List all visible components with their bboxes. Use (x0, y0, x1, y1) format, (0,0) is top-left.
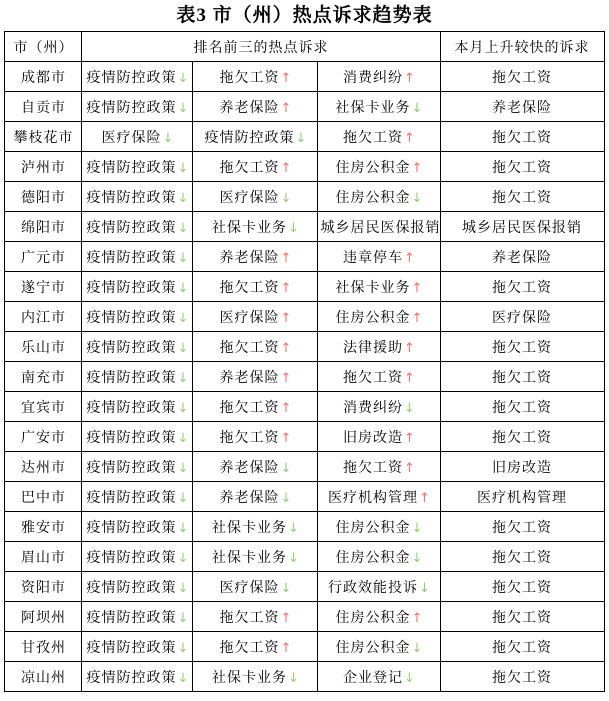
trend-up-icon: ↑ (404, 341, 415, 356)
demand-cell: 拖欠工资↑ (318, 452, 440, 482)
demand-cell: 拖欠工资↑ (318, 362, 440, 392)
demand-cell: 拖欠工资↑ (193, 332, 318, 362)
city-cell: 甘孜州 (5, 632, 82, 662)
trend-down-icon: ↓ (178, 71, 189, 86)
demand-label: 疫情防控政策 (87, 101, 177, 116)
demand-label: 疫情防控政策 (87, 431, 177, 446)
table-row: 南充市疫情防控政策↓养老保险↑拖欠工资↑拖欠工资 (5, 362, 604, 392)
demand-cell: 疫情防控政策↓ (82, 92, 193, 122)
rising-demand-cell: 拖欠工资 (440, 392, 604, 422)
demand-cell: 疫情防控政策↓ (82, 152, 193, 182)
demand-cell: 社保卡业务↓ (318, 92, 440, 122)
trend-down-icon: ↓ (178, 101, 189, 116)
trend-down-icon: ↓ (178, 431, 189, 446)
city-cell: 广安市 (5, 422, 82, 452)
demand-cell: 社保卡业务↓ (193, 542, 318, 572)
trend-up-icon: ↑ (281, 611, 292, 626)
trend-down-icon: ↓ (178, 191, 189, 206)
city-cell: 资阳市 (5, 572, 82, 602)
demand-label: 疫情防控政策 (87, 281, 177, 296)
demand-cell: 医疗保险↓ (193, 182, 318, 212)
demand-label: 拖欠工资 (220, 611, 280, 626)
demand-label: 疫情防控政策 (87, 581, 177, 596)
trend-up-icon: ↑ (281, 161, 292, 176)
demand-cell: 养老保险↑ (193, 362, 318, 392)
trend-up-icon: ↑ (281, 371, 292, 386)
city-cell: 成都市 (5, 62, 82, 92)
table-row: 攀枝花市医疗保险↓疫情防控政策↓拖欠工资↑拖欠工资 (5, 122, 604, 152)
demand-label: 社保卡业务 (212, 221, 287, 236)
demand-cell: 疫情防控政策↓ (82, 332, 193, 362)
demand-cell: 医疗机构管理↑ (318, 482, 440, 512)
table-row: 阿坝州疫情防控政策↓拖欠工资↑住房公积金↑拖欠工资 (5, 602, 604, 632)
trend-up-icon: ↑ (281, 641, 292, 656)
demand-label: 疫情防控政策 (87, 71, 177, 86)
table-row: 广元市疫情防控政策↓养老保险↑违章停车↑养老保险 (5, 242, 604, 272)
demand-label: 疫情防控政策 (87, 311, 177, 326)
demand-label: 城乡居民医保报销 (320, 221, 440, 236)
rising-demand-cell: 拖欠工资 (440, 512, 604, 542)
rising-demand-cell: 旧房改造 (440, 452, 604, 482)
demand-label: 企业登记 (343, 671, 403, 686)
trend-down-icon: ↓ (178, 161, 189, 176)
trend-up-icon: ↑ (404, 431, 415, 446)
demand-cell: 疫情防控政策↓ (82, 212, 193, 242)
demand-cell: 住房公积金↑ (318, 602, 440, 632)
trend-up-icon: ↑ (281, 311, 292, 326)
demand-cell: 旧房改造↑ (318, 422, 440, 452)
trend-down-icon: ↓ (178, 221, 189, 236)
demand-cell: 拖欠工资↑ (193, 272, 318, 302)
demand-label: 疫情防控政策 (205, 131, 295, 146)
demand-label: 疫情防控政策 (87, 521, 177, 536)
demand-label: 疫情防控政策 (87, 491, 177, 506)
trend-down-icon: ↓ (412, 101, 423, 116)
table-row: 遂宁市疫情防控政策↓拖欠工资↑社保卡业务↑拖欠工资 (5, 272, 604, 302)
city-cell: 宜宾市 (5, 392, 82, 422)
city-cell: 攀枝花市 (5, 122, 82, 152)
trend-up-icon: ↑ (412, 161, 423, 176)
city-cell: 乐山市 (5, 332, 82, 362)
demand-label: 养老保险 (220, 491, 280, 506)
trend-down-icon: ↓ (412, 641, 423, 656)
city-cell: 自贡市 (5, 92, 82, 122)
trend-down-icon: ↓ (178, 311, 189, 326)
demand-label: 拖欠工资 (220, 281, 280, 296)
trend-up-icon: ↑ (404, 461, 415, 476)
rising-demand-cell: 拖欠工资 (440, 182, 604, 212)
trend-down-icon: ↓ (178, 641, 189, 656)
trend-up-icon: ↑ (404, 131, 415, 146)
demand-cell: 拖欠工资↑ (193, 632, 318, 662)
demand-cell: 疫情防控政策↓ (82, 422, 193, 452)
demand-label: 养老保险 (220, 461, 280, 476)
demand-label: 社保卡业务 (212, 551, 287, 566)
demand-label: 医疗保险 (102, 131, 162, 146)
demand-cell: 消费纠纷↑ (318, 62, 440, 92)
trend-down-icon: ↓ (404, 671, 415, 686)
rising-demand-cell: 拖欠工资 (440, 602, 604, 632)
table-row: 宜宾市疫情防控政策↓拖欠工资↑消费纠纷↓拖欠工资 (5, 392, 604, 422)
demand-cell: 住房公积金↑ (318, 152, 440, 182)
demand-cell: 拖欠工资↑ (193, 152, 318, 182)
city-cell: 阿坝州 (5, 602, 82, 632)
trend-up-icon: ↑ (419, 491, 430, 506)
demand-cell: 养老保险↓ (193, 452, 318, 482)
city-cell: 雅安市 (5, 512, 82, 542)
demand-label: 医疗保险 (220, 311, 280, 326)
header-rising-demand: 本月上升较快的诉求 (440, 32, 604, 62)
rising-demand-cell: 拖欠工资 (440, 272, 604, 302)
trend-down-icon: ↓ (178, 371, 189, 386)
rising-demand-cell: 拖欠工资 (440, 572, 604, 602)
trend-up-icon: ↑ (412, 311, 423, 326)
demand-label: 住房公积金 (336, 191, 411, 206)
table-row: 达州市疫情防控政策↓养老保险↓拖欠工资↑旧房改造 (5, 452, 604, 482)
demand-label: 住房公积金 (336, 311, 411, 326)
trend-down-icon: ↓ (288, 671, 299, 686)
demand-cell: 社保卡业务↓ (193, 512, 318, 542)
demand-cell: 疫情防控政策↓ (82, 302, 193, 332)
trend-down-icon: ↓ (296, 131, 307, 146)
demand-cell: 消费纠纷↓ (318, 392, 440, 422)
demand-label: 行政效能投诉 (328, 581, 418, 596)
city-cell: 达州市 (5, 452, 82, 482)
demand-cell: 拖欠工资↑ (193, 392, 318, 422)
demand-cell: 医疗保险↓ (82, 122, 193, 152)
city-cell: 绵阳市 (5, 212, 82, 242)
demand-cell: 企业登记↓ (318, 662, 440, 692)
trend-down-icon: ↓ (178, 521, 189, 536)
table-row: 凉山州疫情防控政策↓社保卡业务↓企业登记↓拖欠工资 (5, 662, 604, 692)
demand-cell: 住房公积金↓ (318, 512, 440, 542)
demand-label: 旧房改造 (343, 431, 403, 446)
demand-label: 养老保险 (220, 101, 280, 116)
table-row: 德阳市疫情防控政策↓医疗保险↓住房公积金↓拖欠工资 (5, 182, 604, 212)
trend-down-icon: ↓ (178, 251, 189, 266)
table-row: 内江市疫情防控政策↓医疗保险↑住房公积金↑医疗保险 (5, 302, 604, 332)
demand-cell: 社保卡业务↓ (193, 212, 318, 242)
city-cell: 南充市 (5, 362, 82, 392)
rising-demand-cell: 养老保险 (440, 92, 604, 122)
demand-cell: 法律援助↑ (318, 332, 440, 362)
demand-label: 住房公积金 (336, 641, 411, 656)
demand-label: 疫情防控政策 (87, 251, 177, 266)
header-top3-demands: 排名前三的热点诉求 (82, 32, 440, 62)
demand-label: 消费纠纷 (343, 71, 403, 86)
demand-label: 养老保险 (220, 251, 280, 266)
demand-label: 拖欠工资 (343, 461, 403, 476)
demand-label: 住房公积金 (336, 611, 411, 626)
trend-down-icon: ↓ (281, 581, 292, 596)
table-row: 自贡市疫情防控政策↓养老保险↑社保卡业务↓养老保险 (5, 92, 604, 122)
trend-down-icon: ↓ (281, 461, 292, 476)
trend-down-icon: ↓ (178, 341, 189, 356)
table-row: 甘孜州疫情防控政策↓拖欠工资↑住房公积金↓拖欠工资 (5, 632, 604, 662)
demand-label: 拖欠工资 (220, 341, 280, 356)
demand-cell: 住房公积金↑ (318, 302, 440, 332)
demand-cell: 疫情防控政策↓ (82, 62, 193, 92)
demand-cell: 拖欠工资↑ (193, 422, 318, 452)
demand-cell: 养老保险↓ (193, 482, 318, 512)
trend-down-icon: ↓ (178, 401, 189, 416)
demand-cell: 疫情防控政策↓ (82, 542, 193, 572)
demand-label: 社保卡业务 (336, 281, 411, 296)
demand-cell: 疫情防控政策↓ (82, 602, 193, 632)
table-row: 资阳市疫情防控政策↓医疗保险↓行政效能投诉↓拖欠工资 (5, 572, 604, 602)
demand-label: 疫情防控政策 (87, 341, 177, 356)
demand-cell: 社保卡业务↑ (318, 272, 440, 302)
demand-label: 养老保险 (220, 371, 280, 386)
demand-cell: 医疗保险↑ (193, 302, 318, 332)
trend-down-icon: ↓ (281, 491, 292, 506)
demand-cell: 住房公积金↓ (318, 182, 440, 212)
demand-label: 疫情防控政策 (87, 161, 177, 176)
trend-up-icon: ↑ (412, 611, 423, 626)
demand-label: 疫情防控政策 (87, 461, 177, 476)
demand-cell: 住房公积金↓ (318, 542, 440, 572)
demand-label: 拖欠工资 (220, 161, 280, 176)
hotspot-trend-table: 市（州） 排名前三的热点诉求 本月上升较快的诉求 成都市疫情防控政策↓拖欠工资↑… (4, 31, 604, 692)
rising-demand-cell: 拖欠工资 (440, 122, 604, 152)
trend-up-icon: ↑ (404, 371, 415, 386)
trend-down-icon: ↓ (178, 551, 189, 566)
demand-cell: 社保卡业务↓ (193, 662, 318, 692)
trend-down-icon: ↓ (412, 551, 423, 566)
rising-demand-cell: 拖欠工资 (440, 662, 604, 692)
demand-cell: 拖欠工资↑ (318, 122, 440, 152)
rising-demand-cell: 城乡居民医保报销 (440, 212, 604, 242)
demand-cell: 疫情防控政策↓ (82, 272, 193, 302)
demand-cell: 拖欠工资↑ (193, 602, 318, 632)
demand-label: 违章停车 (343, 251, 403, 266)
city-cell: 遂宁市 (5, 272, 82, 302)
trend-up-icon: ↑ (404, 71, 415, 86)
trend-up-icon: ↑ (412, 281, 423, 296)
demand-label: 疫情防控政策 (87, 191, 177, 206)
trend-down-icon: ↓ (288, 521, 299, 536)
trend-down-icon: ↓ (404, 401, 415, 416)
demand-label: 社保卡业务 (212, 671, 287, 686)
trend-down-icon: ↓ (178, 581, 189, 596)
trend-down-icon: ↓ (281, 191, 292, 206)
trend-up-icon: ↑ (281, 251, 292, 266)
demand-label: 社保卡业务 (212, 521, 287, 536)
rising-demand-cell: 养老保险 (440, 242, 604, 272)
demand-cell: 疫情防控政策↓ (82, 182, 193, 212)
trend-down-icon: ↓ (163, 131, 174, 146)
trend-up-icon: ↑ (281, 341, 292, 356)
table-row: 乐山市疫情防控政策↓拖欠工资↑法律援助↑拖欠工资 (5, 332, 604, 362)
demand-cell: 违章停车↑ (318, 242, 440, 272)
trend-down-icon: ↓ (178, 671, 189, 686)
city-cell: 泸州市 (5, 152, 82, 182)
demand-cell: 疫情防控政策↓ (82, 362, 193, 392)
demand-label: 疫情防控政策 (87, 221, 177, 236)
demand-label: 疫情防控政策 (87, 611, 177, 626)
trend-down-icon: ↓ (178, 611, 189, 626)
demand-label: 法律援助 (343, 341, 403, 356)
city-cell: 德阳市 (5, 182, 82, 212)
trend-up-icon: ↑ (281, 281, 292, 296)
trend-down-icon: ↓ (419, 581, 430, 596)
demand-label: 疫情防控政策 (87, 671, 177, 686)
demand-label: 拖欠工资 (220, 431, 280, 446)
demand-label: 医疗机构管理 (328, 491, 418, 506)
demand-label: 住房公积金 (336, 521, 411, 536)
city-cell: 眉山市 (5, 542, 82, 572)
rising-demand-cell: 拖欠工资 (440, 632, 604, 662)
rising-demand-cell: 拖欠工资 (440, 62, 604, 92)
demand-label: 拖欠工资 (220, 641, 280, 656)
rising-demand-cell: 医疗保险 (440, 302, 604, 332)
rising-demand-cell: 拖欠工资 (440, 152, 604, 182)
demand-cell: 行政效能投诉↓ (318, 572, 440, 602)
trend-down-icon: ↓ (288, 221, 299, 236)
city-cell: 巴中市 (5, 482, 82, 512)
rising-demand-cell: 医疗机构管理 (440, 482, 604, 512)
table-row: 成都市疫情防控政策↓拖欠工资↑消费纠纷↑拖欠工资 (5, 62, 604, 92)
demand-label: 疫情防控政策 (87, 371, 177, 386)
demand-cell: 医疗保险↓ (193, 572, 318, 602)
city-cell: 凉山州 (5, 662, 82, 692)
table-row: 眉山市疫情防控政策↓社保卡业务↓住房公积金↓拖欠工资 (5, 542, 604, 572)
header-city: 市（州） (5, 32, 82, 62)
table-row: 广安市疫情防控政策↓拖欠工资↑旧房改造↑拖欠工资 (5, 422, 604, 452)
demand-label: 社保卡业务 (336, 101, 411, 116)
trend-down-icon: ↓ (412, 191, 423, 206)
rising-demand-cell: 拖欠工资 (440, 422, 604, 452)
table-row: 绵阳市疫情防控政策↓社保卡业务↓城乡居民医保报销城乡居民医保报销 (5, 212, 604, 242)
demand-cell: 疫情防控政策↓ (82, 242, 193, 272)
demand-label: 拖欠工资 (220, 71, 280, 86)
demand-label: 住房公积金 (336, 551, 411, 566)
demand-cell: 疫情防控政策↓ (82, 392, 193, 422)
rising-demand-cell: 拖欠工资 (440, 542, 604, 572)
demand-cell: 疫情防控政策↓ (193, 122, 318, 152)
trend-up-icon: ↑ (404, 251, 415, 266)
demand-label: 疫情防控政策 (87, 641, 177, 656)
rising-demand-cell: 拖欠工资 (440, 332, 604, 362)
table-row: 泸州市疫情防控政策↓拖欠工资↑住房公积金↑拖欠工资 (5, 152, 604, 182)
demand-cell: 疫情防控政策↓ (82, 632, 193, 662)
city-cell: 内江市 (5, 302, 82, 332)
demand-label: 住房公积金 (336, 161, 411, 176)
demand-cell: 养老保险↑ (193, 92, 318, 122)
city-cell: 广元市 (5, 242, 82, 272)
demand-cell: 疫情防控政策↓ (82, 452, 193, 482)
demand-cell: 城乡居民医保报销 (318, 212, 440, 242)
demand-label: 消费纠纷 (343, 401, 403, 416)
rising-demand-cell: 拖欠工资 (440, 362, 604, 392)
demand-cell: 疫情防控政策↓ (82, 482, 193, 512)
table-row: 巴中市疫情防控政策↓养老保险↓医疗机构管理↑医疗机构管理 (5, 482, 604, 512)
trend-down-icon: ↓ (288, 551, 299, 566)
demand-label: 拖欠工资 (343, 131, 403, 146)
trend-up-icon: ↑ (281, 431, 292, 446)
table-row: 雅安市疫情防控政策↓社保卡业务↓住房公积金↓拖欠工资 (5, 512, 604, 542)
document-page: 表3 市（州）热点诉求趋势表 市（州） 排名前三的热点诉求 本月上升较快的诉求 … (0, 0, 609, 701)
demand-label: 疫情防控政策 (87, 401, 177, 416)
demand-cell: 住房公积金↓ (318, 632, 440, 662)
trend-up-icon: ↑ (281, 401, 292, 416)
trend-down-icon: ↓ (412, 521, 423, 536)
demand-cell: 拖欠工资↑ (193, 62, 318, 92)
demand-cell: 疫情防控政策↓ (82, 572, 193, 602)
trend-down-icon: ↓ (178, 281, 189, 296)
trend-down-icon: ↓ (178, 491, 189, 506)
demand-label: 拖欠工资 (343, 371, 403, 386)
trend-up-icon: ↑ (281, 71, 292, 86)
demand-cell: 疫情防控政策↓ (82, 662, 193, 692)
table-title: 表3 市（州）热点诉求趋势表 (0, 0, 609, 31)
trend-down-icon: ↓ (178, 461, 189, 476)
demand-label: 疫情防控政策 (87, 551, 177, 566)
demand-label: 拖欠工资 (220, 401, 280, 416)
trend-up-icon: ↑ (281, 101, 292, 116)
demand-cell: 养老保险↑ (193, 242, 318, 272)
demand-cell: 疫情防控政策↓ (82, 512, 193, 542)
demand-label: 医疗保险 (220, 191, 280, 206)
demand-label: 医疗保险 (220, 581, 280, 596)
header-row: 市（州） 排名前三的热点诉求 本月上升较快的诉求 (5, 32, 604, 62)
